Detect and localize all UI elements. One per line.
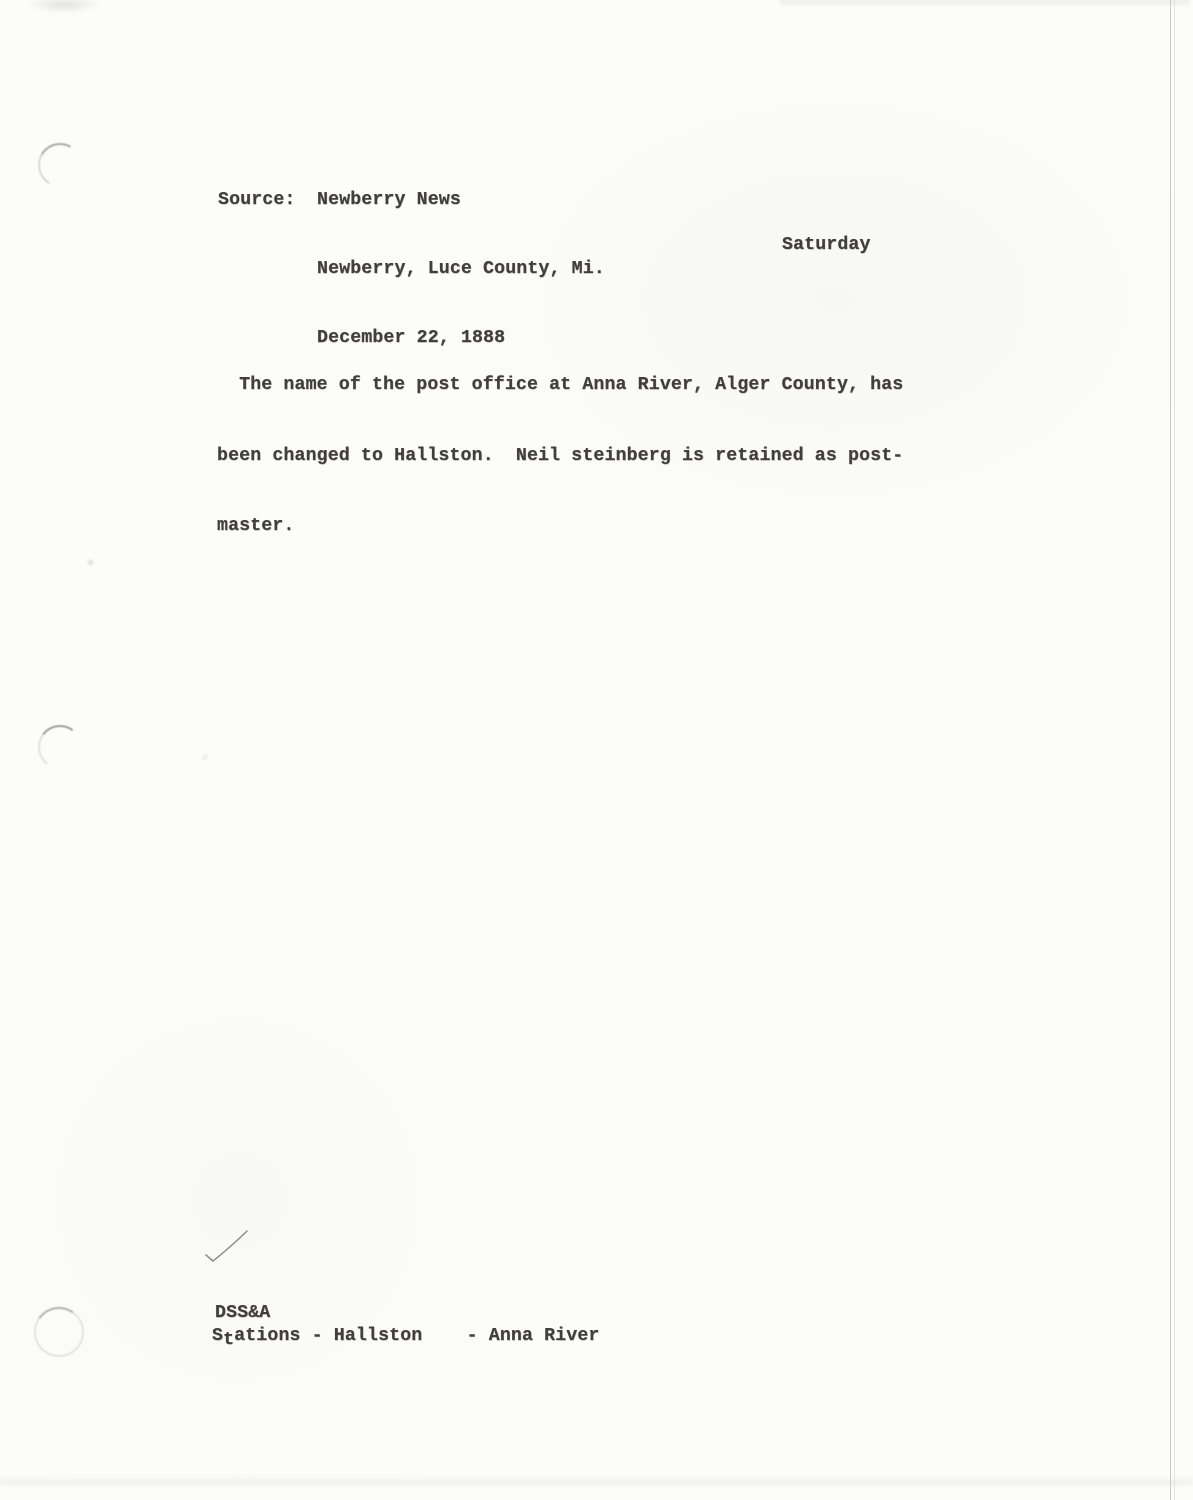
scan-artifact: [28, 0, 100, 13]
stations-prefix: S: [212, 1326, 223, 1346]
punch-hole-icon: [30, 1303, 88, 1361]
weekday-note: Saturday: [782, 188, 871, 303]
stations-rest: ations - Hallston - Anna River: [234, 1326, 599, 1346]
source-location: Newberry, Luce County, Mi.: [317, 258, 605, 281]
punch-hole-icon: [33, 138, 87, 192]
scanned-page: Source: Newberry News Newberry, Luce Cou…: [0, 0, 1193, 1500]
page-edge-line: [1174, 0, 1175, 1500]
scan-artifact: [0, 1475, 1193, 1485]
scan-artifact: [88, 560, 93, 565]
source-publication: Newberry News: [317, 189, 605, 212]
article-paragraph: The name of the post office at Anna Rive…: [217, 327, 903, 586]
scan-artifact: [203, 755, 207, 759]
article-line: master.: [217, 515, 903, 539]
stations-dropped-letter: t: [223, 1330, 234, 1350]
page-edge-line: [1170, 0, 1171, 1500]
source-block: Source:: [218, 143, 296, 258]
punch-hole-icon: [35, 722, 85, 772]
article-line: The name of the post office at Anna Rive…: [217, 374, 903, 398]
article-line: been changed to Hallston. Neil steinberg…: [217, 445, 903, 469]
scan-artifact: [780, 0, 1190, 7]
stations-note: Stations - Hallston - Anna River: [212, 1279, 599, 1394]
source-label: Source:: [218, 189, 296, 212]
